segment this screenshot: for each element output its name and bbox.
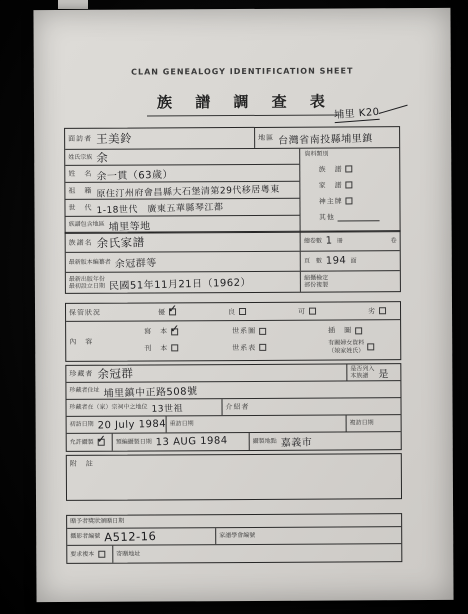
custodian-position-value: 13世祖 <box>151 400 183 414</box>
surname-label: 姓氏宗族 <box>68 154 92 162</box>
genealogy-book-table: 族譜名 余氏家譜 總卷數 1 冊 卷 最新版本編纂者 余冠群等 頁 數 194 <box>65 230 401 294</box>
condition-option-poor: 劣 <box>368 302 386 319</box>
area-label: 地區 <box>258 133 274 143</box>
content-label: 內 容 <box>69 336 93 346</box>
publication-date-cell: 最新出版年份 最初設立日期 民國51年11月21日（1962） <box>66 272 301 293</box>
photographer-number-label: 攝影者編號 <box>70 533 100 541</box>
family-genealogy-checkbox <box>346 182 353 189</box>
name-label: 姓 名 <box>68 169 92 179</box>
custodian-value: 余冠群 <box>97 365 133 382</box>
introducer-label: 介紹者 <box>226 402 250 412</box>
photographer-number-cell: 攝影者編號 A512-16 <box>67 528 216 545</box>
mailing-address-cell: 寄贈地址 <box>113 544 401 563</box>
book-title-label: 族譜名 <box>69 237 93 247</box>
remarks-label: 附 註 <box>70 457 94 469</box>
remarks-table: 附 註 <box>66 453 402 501</box>
interviewee-left-column: 姓氏宗族 余 姓 名 余一貫（63歲） 祖 籍 原住汀州府會昌縣大石堡清第29代… <box>65 149 301 233</box>
first-visit-cell: 初訪日期 20 July 1984 <box>67 416 167 433</box>
interviewer-cell: 面訪者 王美鈴 <box>65 128 255 149</box>
category-option-family-genealogy: 家 譜 <box>319 180 396 190</box>
filming-date-value: 13 AUG 1984 <box>156 435 228 448</box>
origin-label: 祖 籍 <box>68 186 92 196</box>
book-title-value: 余氏家譜 <box>96 234 144 251</box>
area-value: 台灣省南投縣埔里鎮 <box>278 129 373 146</box>
condition-label: 保管狀況 <box>69 307 101 317</box>
generations-value: 1-18世代 廣東五華縣琴江都 <box>96 199 223 215</box>
custodian-cell: 珍藏者 余冠群 <box>66 364 347 381</box>
custodian-position-cell: 珍藏者在（家）宗祠中之地位 13世祖 <box>66 399 222 416</box>
pages-cell: 頁 數 194 面 <box>301 251 400 271</box>
name-value: 余一貫（63歲） <box>96 165 173 182</box>
compiler-cell: 最新版本編纂者 余冠群等 <box>66 252 301 272</box>
copy-request-cell: 要求複本 <box>67 546 113 563</box>
origin-cell: 祖 籍 原住汀州府會昌縣大石堡清第29代移居粵東 <box>65 182 299 199</box>
content-option-lineage-chart: 世系圖 <box>232 326 328 337</box>
surname-value: 余 <box>96 149 108 165</box>
ancestral-tablet-checkbox <box>346 198 353 205</box>
printed-checkbox <box>171 344 178 351</box>
followup-visit-cell: 複訪日期 <box>347 415 401 431</box>
filming-permission-label: 允許攝製 <box>70 439 94 447</box>
condition-contents-table: 保管狀況 優 良 可 劣 內 容 寫 本 世系圖 插 圖 刊 本 <box>65 301 401 362</box>
fair-checkbox <box>309 308 316 315</box>
filming-place-value: 嘉義市 <box>281 433 313 449</box>
lineage-table-checkbox <box>259 344 266 351</box>
clan-genealogy-checkbox <box>346 166 353 173</box>
photo-background: CLAN GENEALOGY IDENTIFICATION SHEET 族 譜 … <box>0 0 468 614</box>
volumes-unit-ce: 冊 <box>337 237 343 245</box>
name-cell: 姓 名 余一貫（63歲） <box>65 165 299 182</box>
excellent-checkbox <box>169 308 176 315</box>
microfilm-label-line1: 縮攝檢定 <box>304 274 328 282</box>
genealogy-form-paper: CLAN GENEALOGY IDENTIFICATION SHEET 族 譜 … <box>33 8 453 602</box>
revisit-label: 重訪日期 <box>170 421 194 429</box>
society-number-cell: 家譜學會編號 <box>216 527 401 544</box>
content-option-illustrations: 插 圖 <box>328 325 400 335</box>
filming-permission-checkbox <box>98 439 105 446</box>
compiler-label: 最新版本編纂者 <box>69 258 111 266</box>
interviewer-value: 王美鈴 <box>96 130 132 147</box>
condition-option-fair: 可 <box>298 303 316 320</box>
area-cell: 地區 台灣省南投縣埔里鎮 <box>255 127 399 148</box>
content-option-women-data: 有關婦女資料 （娘家姓氏） <box>328 339 400 354</box>
volumes-label: 總卷數 <box>304 237 322 245</box>
society-number-label: 家譜學會編號 <box>219 532 255 540</box>
custodian-table: 珍藏者 余冠群 是否列入 本族譜 是 珍藏者住址 埔里鎮中正路508號 <box>65 363 401 452</box>
volumes-cell: 總卷數 1 冊 卷 <box>301 231 400 251</box>
content-option-printed: 刊 本 <box>144 340 232 355</box>
volumes-unit-juan: 卷 <box>391 237 397 245</box>
condition-label-cell: 保管狀況 <box>66 304 130 321</box>
scan-artifact <box>58 0 88 9</box>
coverage-value: 埔里等地 <box>108 217 150 233</box>
good-checkbox <box>239 308 246 315</box>
generations-label: 世 代 <box>68 203 92 213</box>
manuscript-checkbox <box>171 328 178 335</box>
listed-value: 是 <box>378 365 389 380</box>
filming-date-label: 預編攝製日期 <box>116 438 152 446</box>
photographer-number-value: A512-16 <box>104 529 156 544</box>
interviewer-label: 面訪者 <box>68 134 92 144</box>
english-title: CLAN GENEALOGY IDENTIFICATION SHEET <box>34 66 451 77</box>
custodian-address-label: 珍藏者住址 <box>69 387 99 395</box>
introducer-cell: 介紹者 <box>222 398 400 415</box>
origin-value: 原住汀州府會昌縣大石堡清第29代移居粵東 <box>96 181 280 199</box>
pen-flourish <box>379 105 408 114</box>
listed-label-line1: 是否列入 <box>350 365 374 373</box>
volumes-value: 1 <box>326 235 333 246</box>
lineage-chart-checkbox <box>259 327 266 334</box>
content-options: 寫 本 世系圖 插 圖 刊 本 世系表 有關婦女資料 （娘家姓氏） <box>130 320 400 360</box>
microfilm-label-line2: 部份複製 <box>304 282 328 290</box>
content-option-manuscript: 寫 本 <box>144 326 232 336</box>
book-title-cell: 族譜名 余氏家譜 <box>66 232 301 252</box>
coverage-label: 族譜包含地區 <box>69 221 105 229</box>
followup-visit-label: 複訪日期 <box>350 420 374 428</box>
listed-in-genealogy-cell: 是否列入 本族譜 是 <box>347 364 400 380</box>
mailing-address-label: 寄贈地址 <box>116 550 140 558</box>
first-visit-label: 初訪日期 <box>70 421 94 429</box>
revisit-cell: 重訪日期 <box>167 415 347 432</box>
filming-permission-cell: 允許攝製 <box>67 434 113 451</box>
listed-label-line2: 本族譜 <box>350 372 374 380</box>
content-label-cell: 內 容 <box>66 322 130 361</box>
custodian-position-label: 珍藏者在（家）宗祠中之地位 <box>70 404 148 412</box>
women-data-checkbox <box>367 343 374 350</box>
data-category-cell: 資料類別 族 譜 家 譜 神主牌 <box>300 148 399 231</box>
illustrations-checkbox <box>355 327 362 334</box>
condition-options: 優 良 可 劣 <box>130 302 400 320</box>
category-option-other: 其他 <box>319 212 396 222</box>
interviewee-info-table: 面訪者 王美鈴 地區 台灣省南投縣埔里鎮 姓氏宗族 余 姓 名 余一貫（63歲 <box>64 126 401 234</box>
pubdate-label-line2: 最初設立日期 <box>69 283 105 291</box>
content-option-lineage-table: 世系表 <box>232 340 328 356</box>
remarks-cell: 附 註 <box>67 454 401 500</box>
pubdate-value: 民國51年11月21日（1962） <box>109 273 251 292</box>
pages-label: 頁 數 <box>304 257 322 265</box>
pages-value: 194 <box>326 255 347 267</box>
copy-request-checkbox <box>98 551 105 558</box>
first-visit-value: 20 July 1984 <box>98 418 167 431</box>
copy-request-label: 要求複本 <box>70 551 94 559</box>
microfilm-check-cell: 縮攝檢定 部份複製 <box>301 271 400 292</box>
custodian-address-value: 埔里鎮中正路508號 <box>103 382 197 399</box>
custodian-address-cell: 珍藏者住址 埔里鎮中正路508號 <box>66 381 400 399</box>
award-date-cell: 贈予者獎狀頒贈日期 <box>67 514 401 528</box>
compiler-value: 余冠群等 <box>115 254 157 270</box>
category-option-ancestral-tablet: 神主牌 <box>319 196 396 206</box>
filming-date-cell: 預編攝製日期 13 AUG 1984 <box>113 433 250 451</box>
award-date-label: 贈予者獎狀頒贈日期 <box>70 518 124 526</box>
administrative-table: 贈予者獎狀頒贈日期 攝影者編號 A512-16 家譜學會編號 要求複本 <box>66 513 402 564</box>
condition-option-good: 良 <box>228 303 246 320</box>
category-option-clan-genealogy: 族 譜 <box>319 164 396 174</box>
poor-checkbox <box>379 307 386 314</box>
other-blank-line <box>338 213 380 221</box>
pages-unit: 面 <box>351 257 357 265</box>
generations-cell: 世 代 1-18世代 廣東五華縣琴江都 <box>65 199 299 216</box>
filming-place-label: 攝製地點 <box>253 438 277 446</box>
filming-place-cell: 攝製地點 嘉義市 <box>250 432 401 450</box>
condition-option-excellent: 優 <box>158 303 176 320</box>
custodian-label: 珍藏者 <box>69 369 93 379</box>
surname-cell: 姓氏宗族 余 <box>65 149 299 165</box>
